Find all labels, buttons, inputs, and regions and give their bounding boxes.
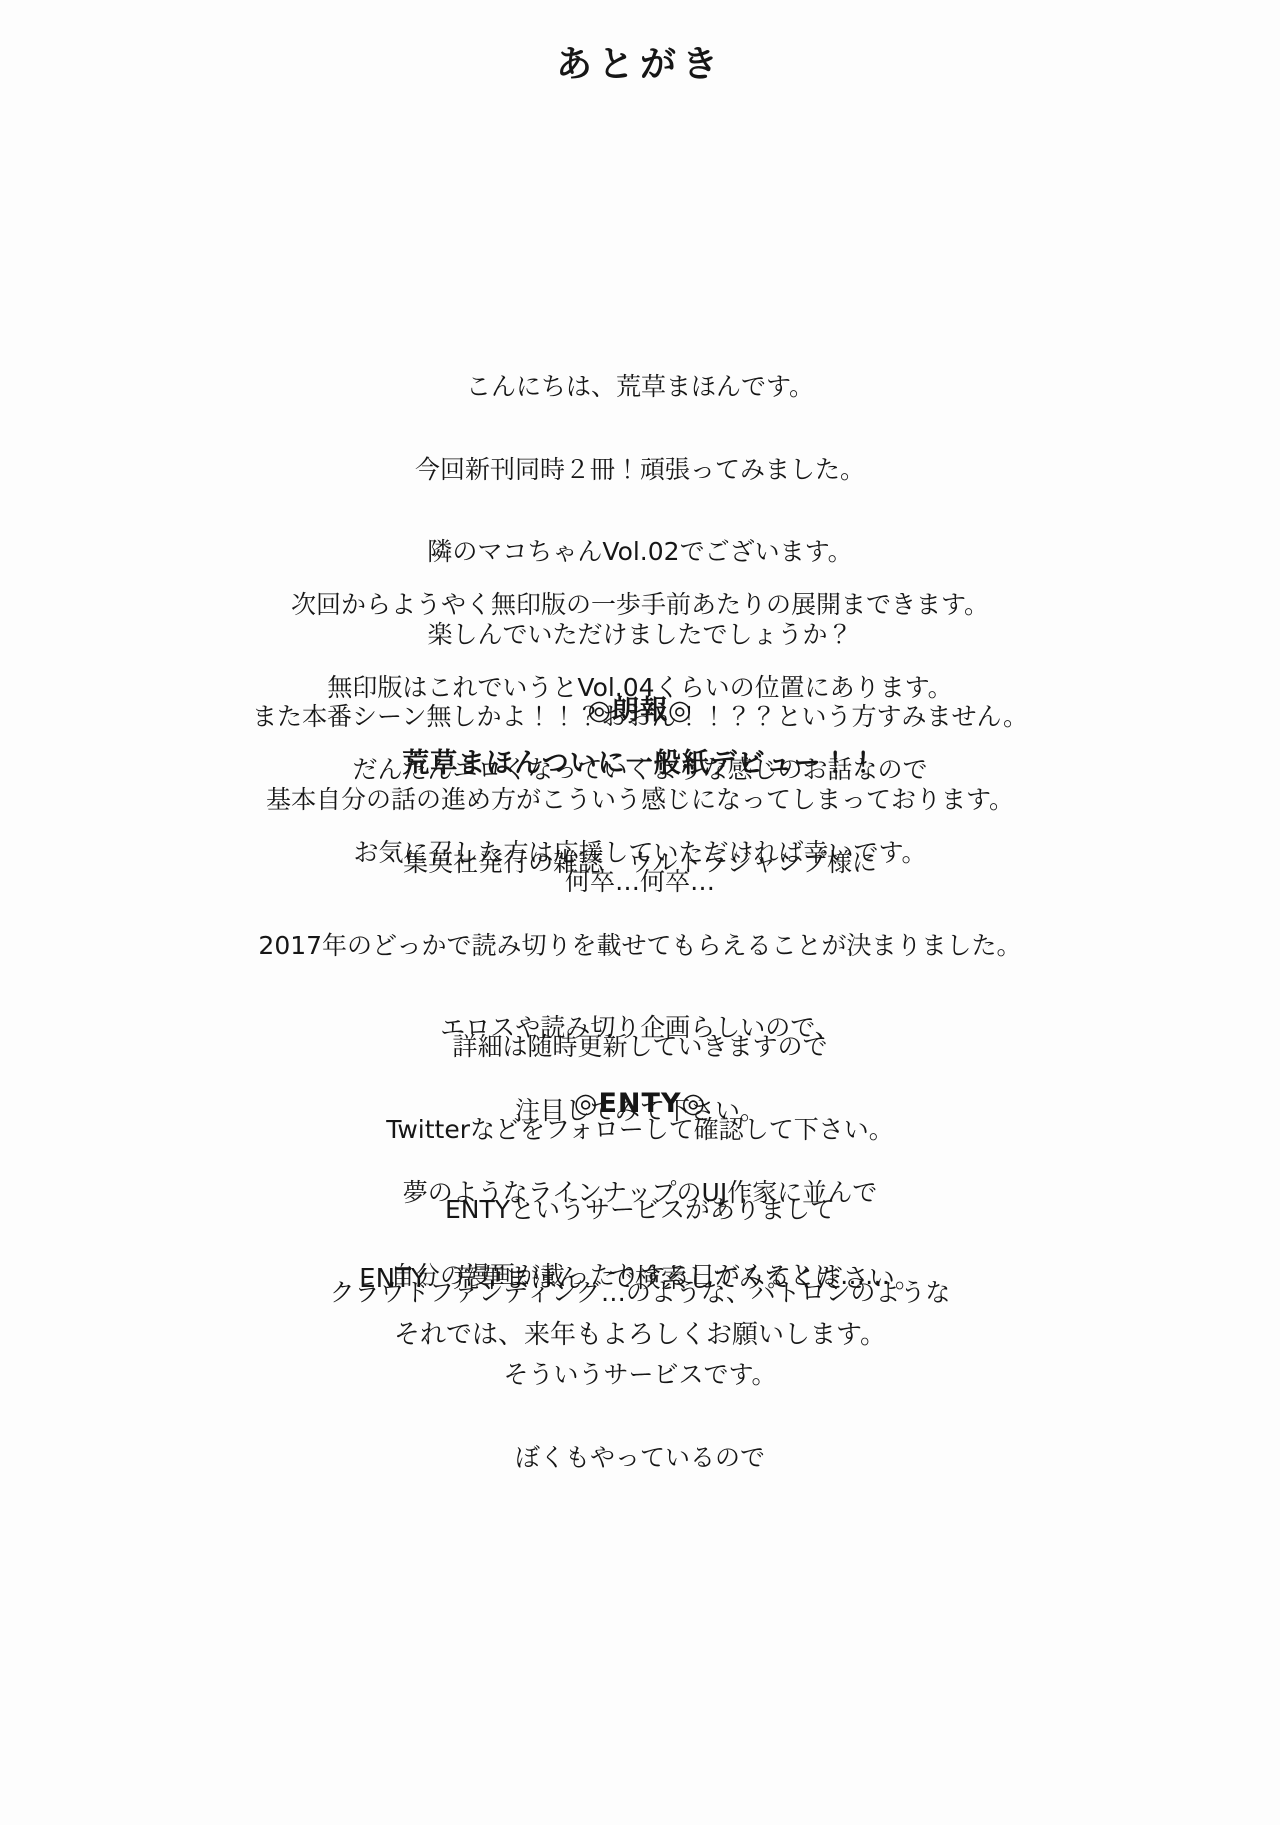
next-volume-line: 次回からようやく無印版の一歩手前あたりの展開まできます。 xyxy=(0,591,1280,619)
page-title: あとがき xyxy=(0,36,1280,87)
good-news-section-header: ◎朗報◎ xyxy=(0,688,1280,727)
enty-line: ぼくもやっているので xyxy=(0,1444,1280,1472)
magazine-line: 集英社発行の雑誌 ウルトラジャンプ様に xyxy=(0,849,1280,877)
followup-line: Twitterなどをフォローして確認して下さい。 xyxy=(0,1116,1280,1144)
afterword-page: あとがき こんにちは、荒草まほんです。 今回新刊同時２冊！頑張ってみました。 隣… xyxy=(0,0,1280,1825)
intro-line: こんにちは、荒草まほんです。 xyxy=(0,373,1280,401)
closing-line: それでは、来年もよろしくお願いします。 xyxy=(0,1322,1280,1350)
enty-search-line: ENTY 荒草まほん で検索してみてください。 xyxy=(0,1266,1280,1294)
enty-line: ENTYというサービスがありまして xyxy=(0,1196,1280,1224)
intro-line: 今回新刊同時２冊！頑張ってみました。 xyxy=(0,456,1280,484)
magazine-line: 2017年のどっかで読み切りを載せてもらえることが決まりました。 xyxy=(0,932,1280,960)
debut-headline: 荒草まほんついに一般紙デビュー！！ xyxy=(0,741,1280,780)
followup-line: 詳細は随時更新していきますので xyxy=(0,1033,1280,1061)
enty-line: そういうサービスです。 xyxy=(0,1361,1280,1389)
enty-section-header: ◎ENTY◎ xyxy=(0,1088,1280,1119)
